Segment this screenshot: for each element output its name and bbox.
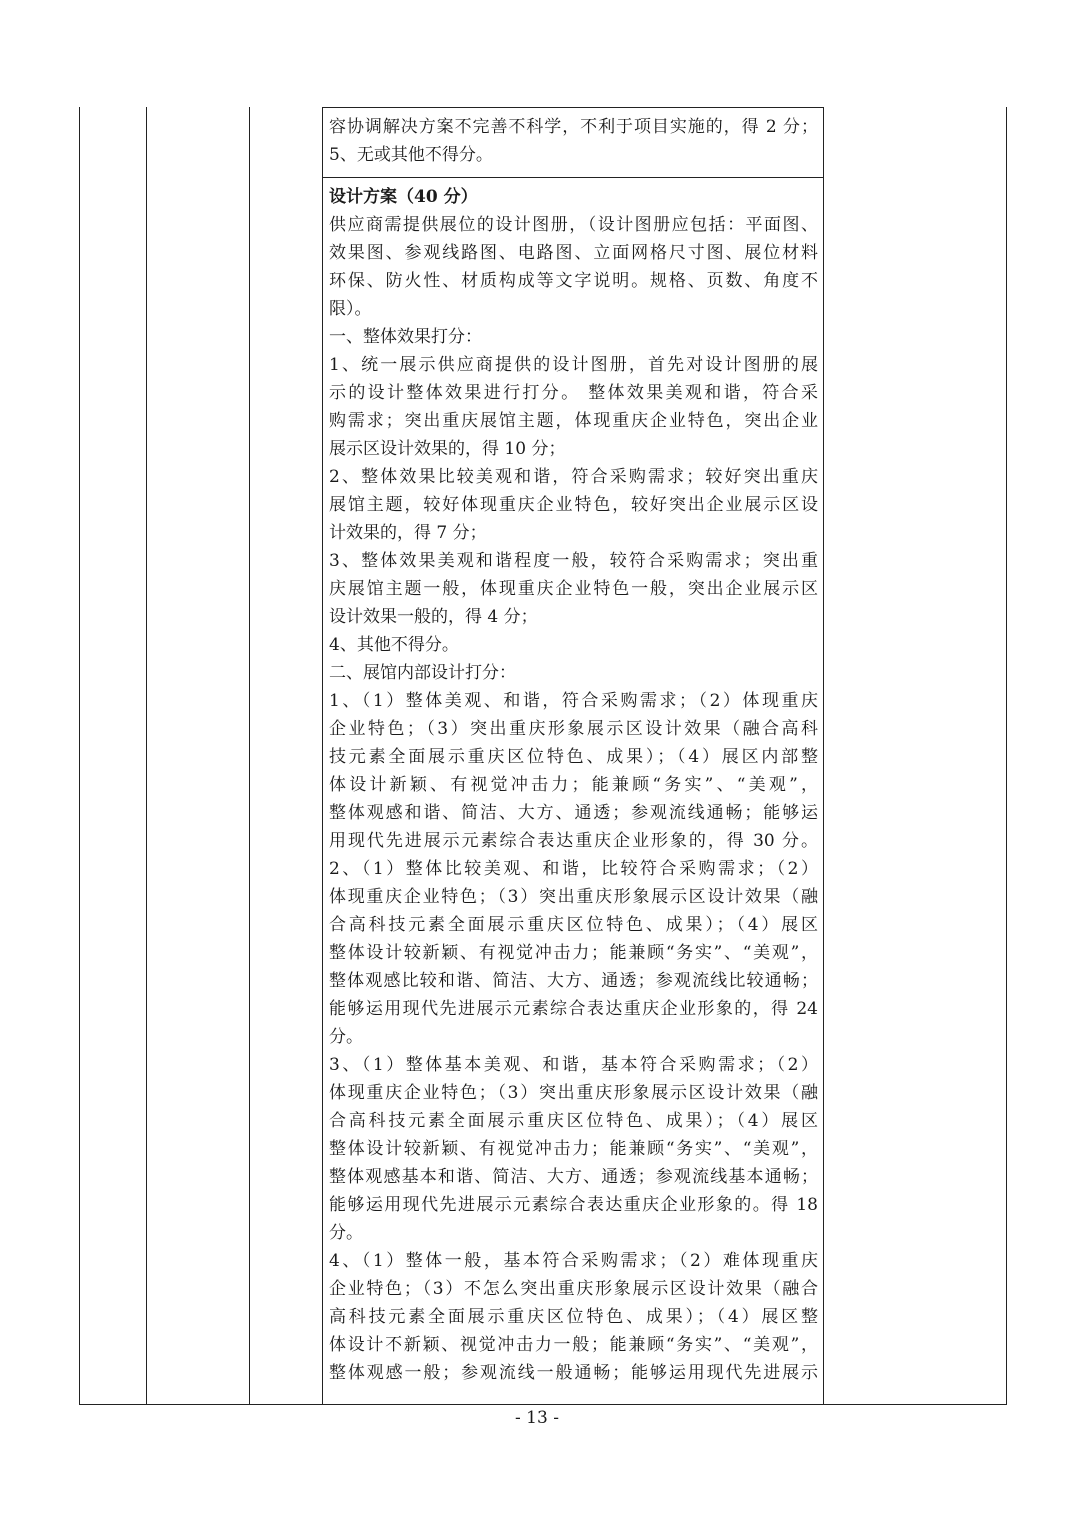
text-line: 整体设计较新颖、有视觉冲击力；能兼顾“务实”、“美观”， <box>329 939 818 967</box>
text-line: 能够运用现代先进展示元素综合表达重庆企业形象的，得 24 <box>329 995 818 1023</box>
empty-cell-col2 <box>147 107 249 1404</box>
text-line: 2、整体效果比较美观和谐，符合采购需求；较好突出重庆 <box>329 463 818 491</box>
text-line: 1、（1）整体美观、和谐，符合采购需求；（2）体现重庆 <box>329 687 818 715</box>
empty-cell-col5 <box>824 107 1006 1404</box>
text-line: 计效果的，得 7 分； <box>329 519 818 547</box>
text-line: 环保、防火性、材质构成等文字说明。规格、页数、角度不 <box>329 267 818 295</box>
design-proposal-cell: 设计方案（40 分） 供应商需提供展位的设计图册，（设计图册应包括：平面图、 效… <box>323 183 823 1387</box>
text-line: 庆展馆主题一般，体现重庆企业特色一般，突出企业展示区 <box>329 575 818 603</box>
text-line: 效果图、参观线路图、电路图、立面网格尺寸图、展位材料 <box>329 239 818 267</box>
cell-top-border <box>322 107 824 108</box>
text-line: 合高科技元素全面展示重庆区位特色、成果）；（4）展区 <box>329 1107 818 1135</box>
text-line: 5、无或其他不得分。 <box>329 141 818 169</box>
subsection-heading: 二、展馆内部设计打分： <box>329 659 818 687</box>
text-line: 分。 <box>329 1219 818 1247</box>
text-line: 体设计新颖、有视觉冲击力；能兼顾“务实”、“美观”， <box>329 771 818 799</box>
text-line: 供应商需提供展位的设计图册，（设计图册应包括：平面图、 <box>329 211 818 239</box>
text-line: 3、（1）整体基本美观、和谐，基本符合采购需求；（2） <box>329 1051 818 1079</box>
empty-cell-col1 <box>80 107 146 1404</box>
text-line: 企业特色；（3）突出重庆形象展示区设计效果（融合高科 <box>329 715 818 743</box>
text-line: 整体设计较新颖、有视觉冲击力；能兼顾“务实”、“美观”， <box>329 1135 818 1163</box>
text-line: 分。 <box>329 1023 818 1051</box>
text-line: 3、整体效果美观和谐程度一般，较符合采购需求；突出重 <box>329 547 818 575</box>
row-divider <box>322 177 824 178</box>
text-line: 4、其他不得分。 <box>329 631 818 659</box>
text-line: 1、统一展示供应商提供的设计图册，首先对设计图册的展 <box>329 351 818 379</box>
subsection-heading: 一、整体效果打分： <box>329 323 818 351</box>
text-line: 能够运用现代先进展示元素综合表达重庆企业形象的。得 18 <box>329 1191 818 1219</box>
text-line: 整体观感一般；参观流线一般通畅；能够运用现代先进展示 <box>329 1359 818 1387</box>
text-line: 2、（1）整体比较美观、和谐，比较符合采购需求；（2） <box>329 855 818 883</box>
text-line: 体设计不新颖、视觉冲击力一般；能兼顾“务实”、“美观”， <box>329 1331 818 1359</box>
text-line: 企业特色；（3）不怎么突出重庆形象展示区设计效果（融合 <box>329 1275 818 1303</box>
text-line: 技元素全面展示重庆区位特色、成果）；（4）展区内部整 <box>329 743 818 771</box>
text-line: 设计效果一般的，得 4 分； <box>329 603 818 631</box>
text-line: 整体观感比较和谐、简洁、大方、通透；参观流线比较通畅； <box>329 967 818 995</box>
page-number: - 13 - <box>0 1406 1074 1430</box>
text-line: 展示区设计效果的，得 10 分； <box>329 435 818 463</box>
text-line: 整体观感和谐、简洁、大方、通透；参观流线通畅；能够运 <box>329 799 818 827</box>
text-line: 容协调解决方案不完善不科学，不利于项目实施的，得 2 分； <box>329 113 818 141</box>
empty-cell-col3 <box>250 107 322 1404</box>
criterion-continuation-cell: 容协调解决方案不完善不科学，不利于项目实施的，得 2 分； 5、无或其他不得分。 <box>323 113 823 169</box>
text-line: 用现代先进展示元素综合表达重庆企业形象的，得 30 分。 <box>329 827 818 855</box>
text-line: 高科技元素全面展示重庆区位特色、成果）；（4）展区整 <box>329 1303 818 1331</box>
section-title: 设计方案（40 分） <box>329 183 818 211</box>
text-line: 示的设计整体效果进行打分。 整体效果美观和谐，符合采 <box>329 379 818 407</box>
text-line: 整体观感基本和谐、简洁、大方、通透；参观流线基本通畅； <box>329 1163 818 1191</box>
table-border-right <box>1006 107 1007 1405</box>
text-line: 体现重庆企业特色；（3）突出重庆形象展示区设计效果（融 <box>329 883 818 911</box>
text-line: 4、（1）整体一般，基本符合采购需求；（2）难体现重庆 <box>329 1247 818 1275</box>
text-line: 展馆主题，较好体现重庆企业特色，较好突出企业展示区设 <box>329 491 818 519</box>
text-line: 限）。 <box>329 295 818 323</box>
text-line: 合高科技元素全面展示重庆区位特色、成果）；（4）展区 <box>329 911 818 939</box>
text-line: 体现重庆企业特色；（3）突出重庆形象展示区设计效果（融 <box>329 1079 818 1107</box>
table-border-bottom <box>79 1404 1007 1405</box>
text-line: 购需求；突出重庆展馆主题，体现重庆企业特色，突出企业 <box>329 407 818 435</box>
